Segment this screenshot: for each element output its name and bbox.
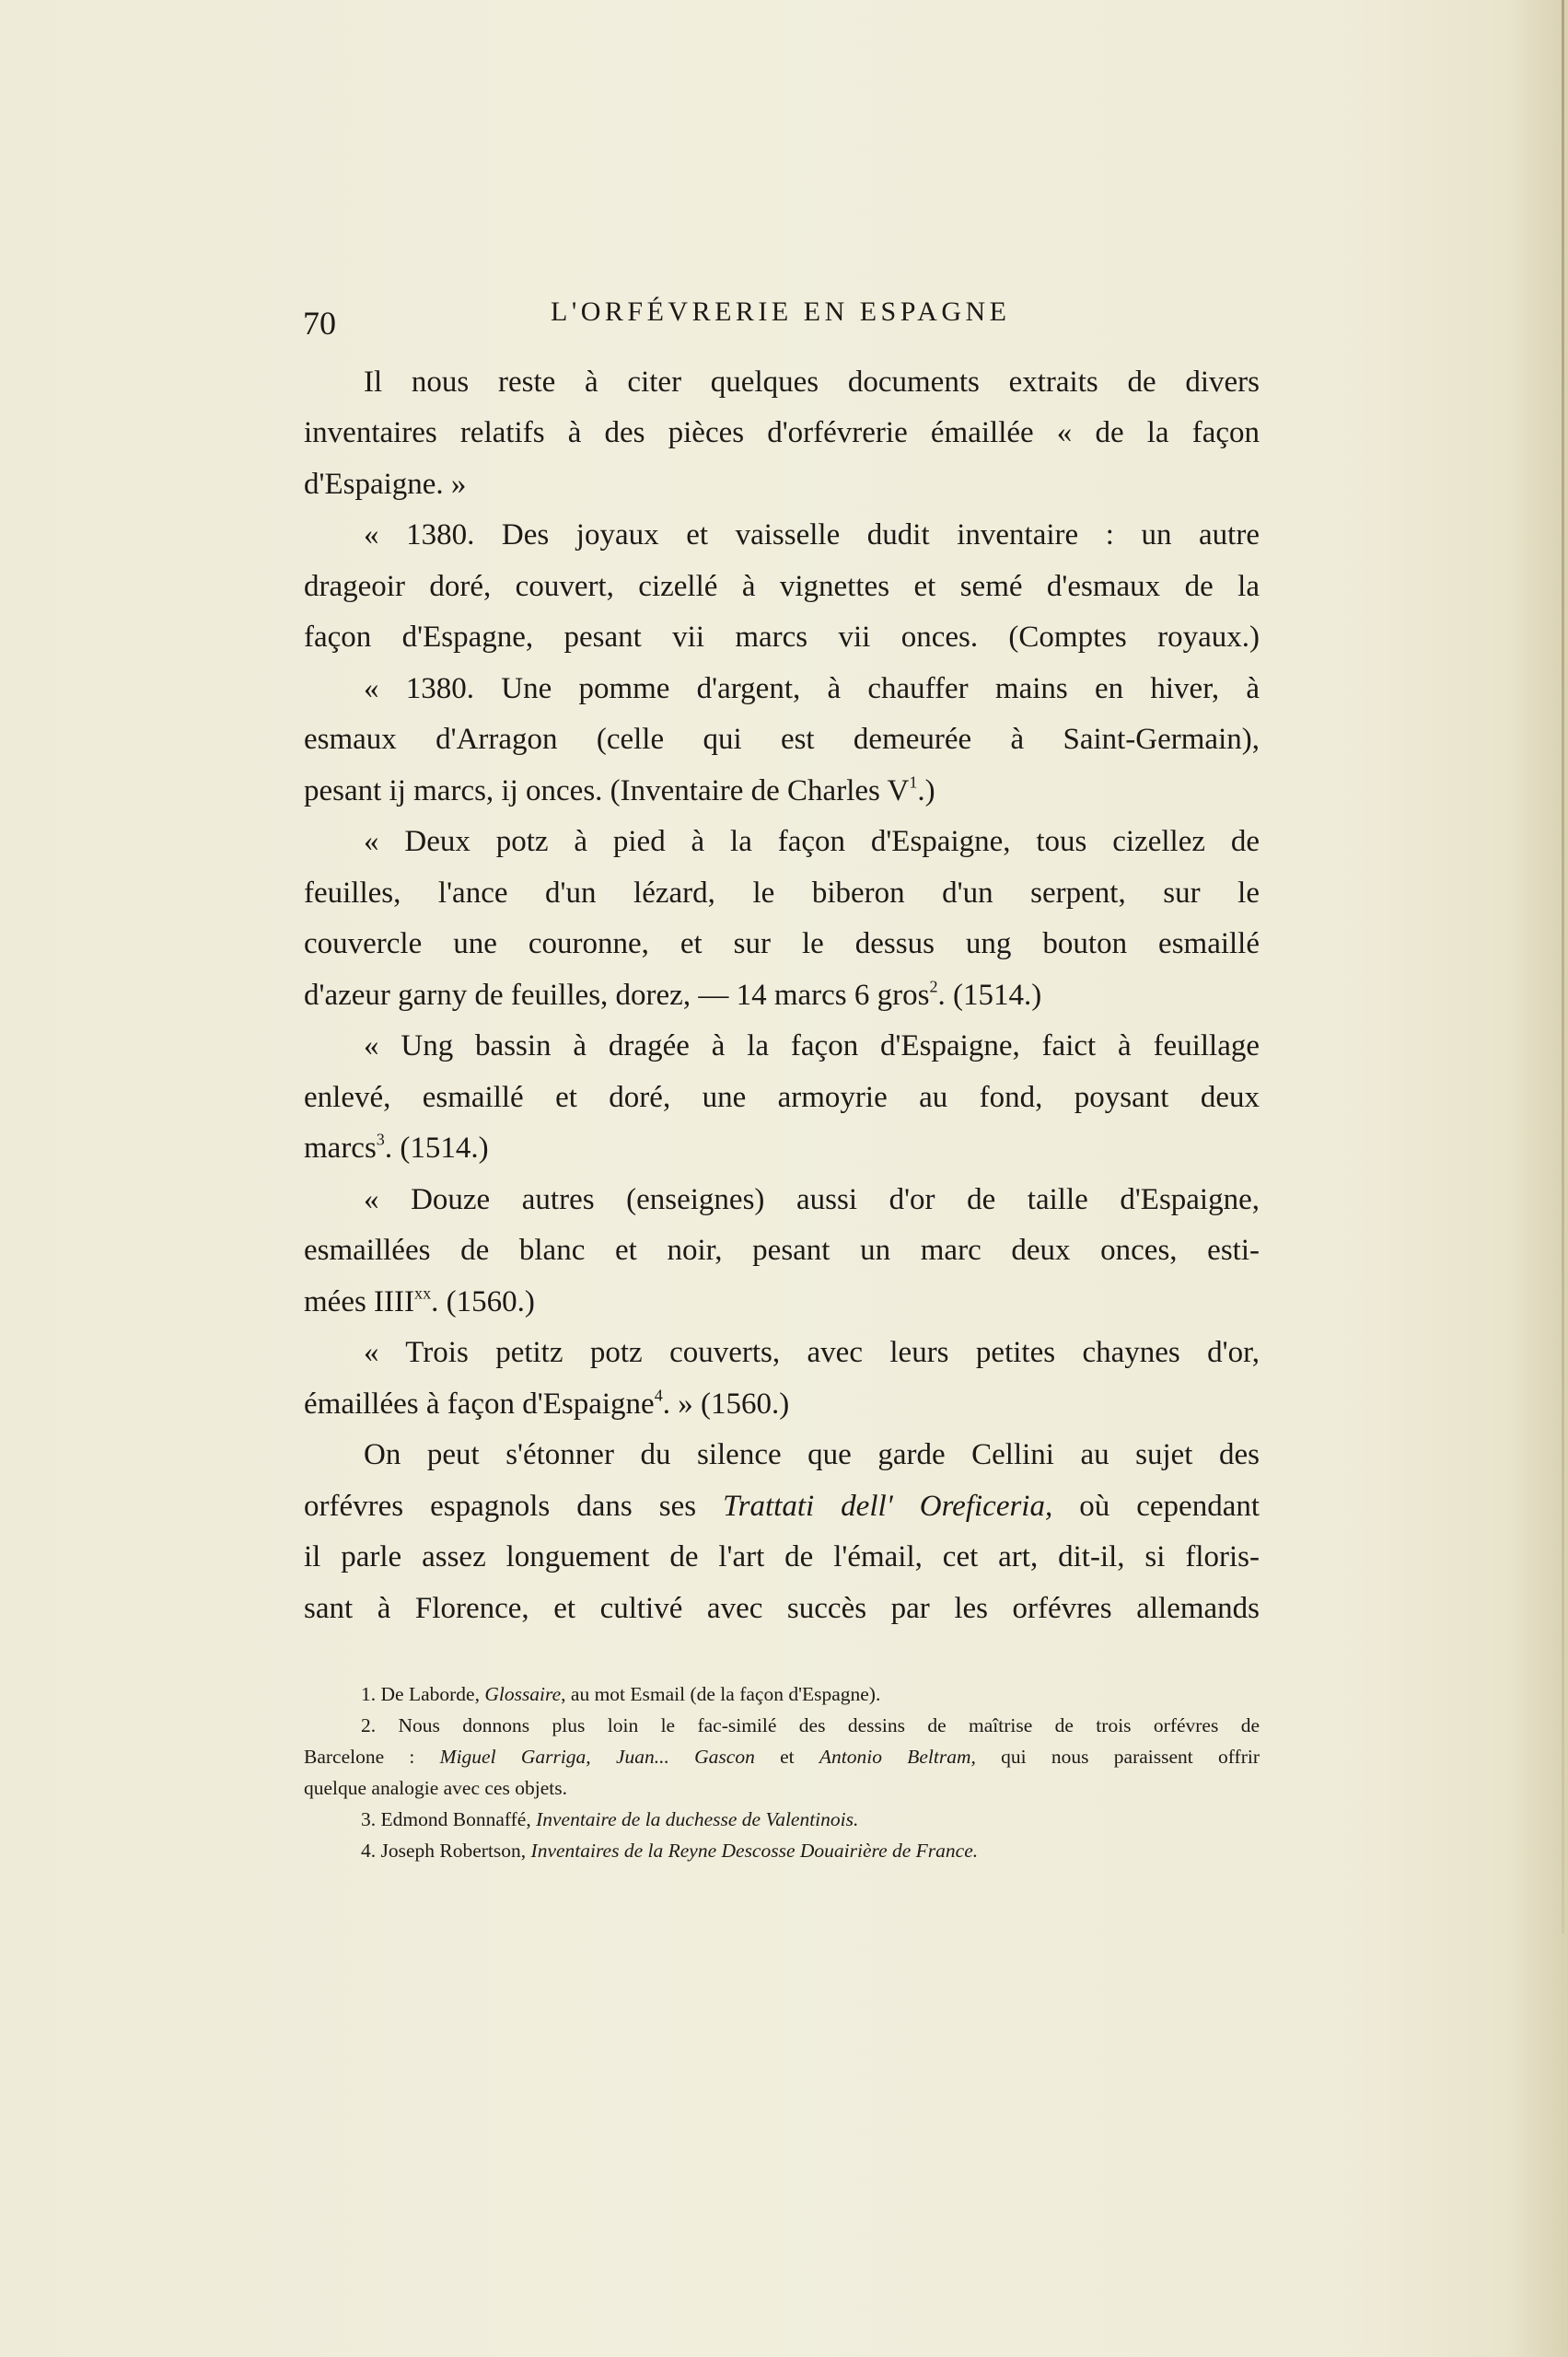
footnote-1: 1. De Laborde, Glossaire, au mot Esmail …	[361, 1681, 1260, 1707]
line-text: mées IIII	[304, 1285, 414, 1318]
footnote-name: Antonio Beltram,	[819, 1746, 976, 1768]
body-line: émaillées à façon d'Espaigne4. » (1560.)	[304, 1386, 1260, 1422]
footnote-number: 4.	[361, 1840, 376, 1862]
body-line: marcs3. (1514.)	[304, 1130, 1260, 1167]
body-line: d'azeur garny de feuilles, dorez, — 14 m…	[304, 977, 1260, 1014]
footnote-number: 3.	[361, 1808, 376, 1830]
footnote-number: 2.	[361, 1714, 376, 1736]
superscript-xx: xx	[414, 1283, 431, 1302]
body-line: esmaillées de blanc et noir, pesant un m…	[304, 1232, 1260, 1269]
body-line: « Trois petitz potz couverts, avec leurs…	[364, 1334, 1260, 1371]
book-page: 70 L'ORFÉVRERIE EN ESPAGNE Il nous reste…	[0, 0, 1568, 2357]
footnote-number: 1.	[361, 1683, 376, 1705]
body-line: On peut s'étonner du silence que garde C…	[364, 1436, 1260, 1473]
line-text: . (1560.)	[431, 1285, 535, 1318]
footnote-text: qui nous paraissent offrir	[976, 1746, 1260, 1768]
line-text: . » (1560.)	[663, 1387, 789, 1421]
footnote-ref-2[interactable]: 2	[929, 977, 937, 995]
footnote-2: 2. Nous donnons plus loin le fac-similé …	[361, 1713, 1260, 1738]
footnote-text: Barcelone :	[304, 1746, 440, 1768]
footnote-name: Miguel Garriga, Juan... Gascon	[440, 1746, 755, 1768]
body-line: esmaux d'Arragon (celle qui est demeurée…	[304, 721, 1260, 758]
footnote-2-line-2: Barcelone : Miguel Garriga, Juan... Gasc…	[304, 1744, 1260, 1770]
body-line: inventaires relatifs à des pièces d'orfé…	[304, 414, 1260, 451]
footnote-text: Nous donnons plus loin le fac-similé des…	[399, 1714, 1260, 1736]
page-number: 70	[303, 304, 336, 343]
footnote-author: Edmond Bonnaffé,	[381, 1808, 537, 1830]
body-line: d'Espaigne. »	[304, 466, 1260, 503]
footnote-2-line-3: quelque analogie avec ces objets.	[304, 1775, 1260, 1801]
body-line: drageoir doré, couvert, cizellé à vignet…	[304, 568, 1260, 605]
body-line: « Ung bassin à dragée à la façon d'Espai…	[364, 1028, 1260, 1064]
footnote-text: , au mot Esmail (de la façon d'Espagne).	[561, 1683, 880, 1705]
line-text: . (1514.)	[385, 1132, 489, 1165]
body-line: feuilles, l'ance d'un lézard, le biberon…	[304, 875, 1260, 911]
body-line: « 1380. Des joyaux et vaisselle dudit in…	[364, 517, 1260, 553]
body-line: Il nous reste à citer quelques documents…	[364, 364, 1260, 401]
line-text: marcs	[304, 1132, 377, 1165]
line-text: d'azeur garny de feuilles, dorez, — 14 m…	[304, 979, 929, 1012]
body-line: sant à Florence, et cultivé avec succès …	[304, 1590, 1260, 1627]
body-line: pesant ij marcs, ij onces. (Inventaire d…	[304, 772, 1260, 809]
footnote-3: 3. Edmond Bonnaffé, Inventaire de la duc…	[361, 1806, 1260, 1832]
body-line: couvercle une couronne, et sur le dessus…	[304, 925, 1260, 962]
footnote-text: et	[755, 1746, 819, 1768]
body-line: mées IIIIxx. (1560.)	[304, 1283, 1260, 1320]
footnote-title: Inventaire de la duchesse de Valentinois…	[536, 1808, 858, 1830]
page-edge-shadow	[1562, 0, 1564, 1933]
footnote-author: De Laborde,	[381, 1683, 485, 1705]
body-line: « 1380. Une pomme d'argent, à chauffer m…	[364, 670, 1260, 707]
running-head: L'ORFÉVRERIE EN ESPAGNE	[551, 296, 1011, 328]
line-text: où cependant	[1052, 1490, 1260, 1523]
footnote-4: 4. Joseph Robertson, Inventaires de la R…	[361, 1838, 1260, 1864]
body-line: façon d'Espagne, pesant vii marcs vii on…	[304, 619, 1260, 656]
line-text: pesant ij marcs, ij onces. (Inventaire d…	[304, 774, 909, 807]
line-text: . (1514.)	[938, 979, 1042, 1012]
footnote-author: Joseph Robertson,	[381, 1840, 531, 1862]
footnote-title: Inventaires de la Reyne Descosse Douairi…	[531, 1840, 979, 1862]
line-text: orfévres espagnols dans ses	[304, 1490, 723, 1523]
line-text: .)	[917, 774, 935, 807]
body-line: « Douze autres (enseignes) aussi d'or de…	[364, 1181, 1260, 1218]
body-line: orfévres espagnols dans ses Trattati del…	[304, 1488, 1260, 1525]
body-line: « Deux potz à pied à la façon d'Espaigne…	[364, 823, 1260, 860]
body-line: enlevé, esmaillé et doré, une armoyrie a…	[304, 1079, 1260, 1116]
footnote-ref-3[interactable]: 3	[377, 1130, 385, 1148]
body-line: il parle assez longuement de l'art de l'…	[304, 1538, 1260, 1575]
italic-title: Trattati dell' Oreficeria,	[723, 1490, 1052, 1523]
line-text: émaillées à façon d'Espaigne	[304, 1387, 655, 1421]
footnote-title: Glossaire	[484, 1683, 561, 1705]
footnote-ref-4[interactable]: 4	[655, 1386, 663, 1404]
